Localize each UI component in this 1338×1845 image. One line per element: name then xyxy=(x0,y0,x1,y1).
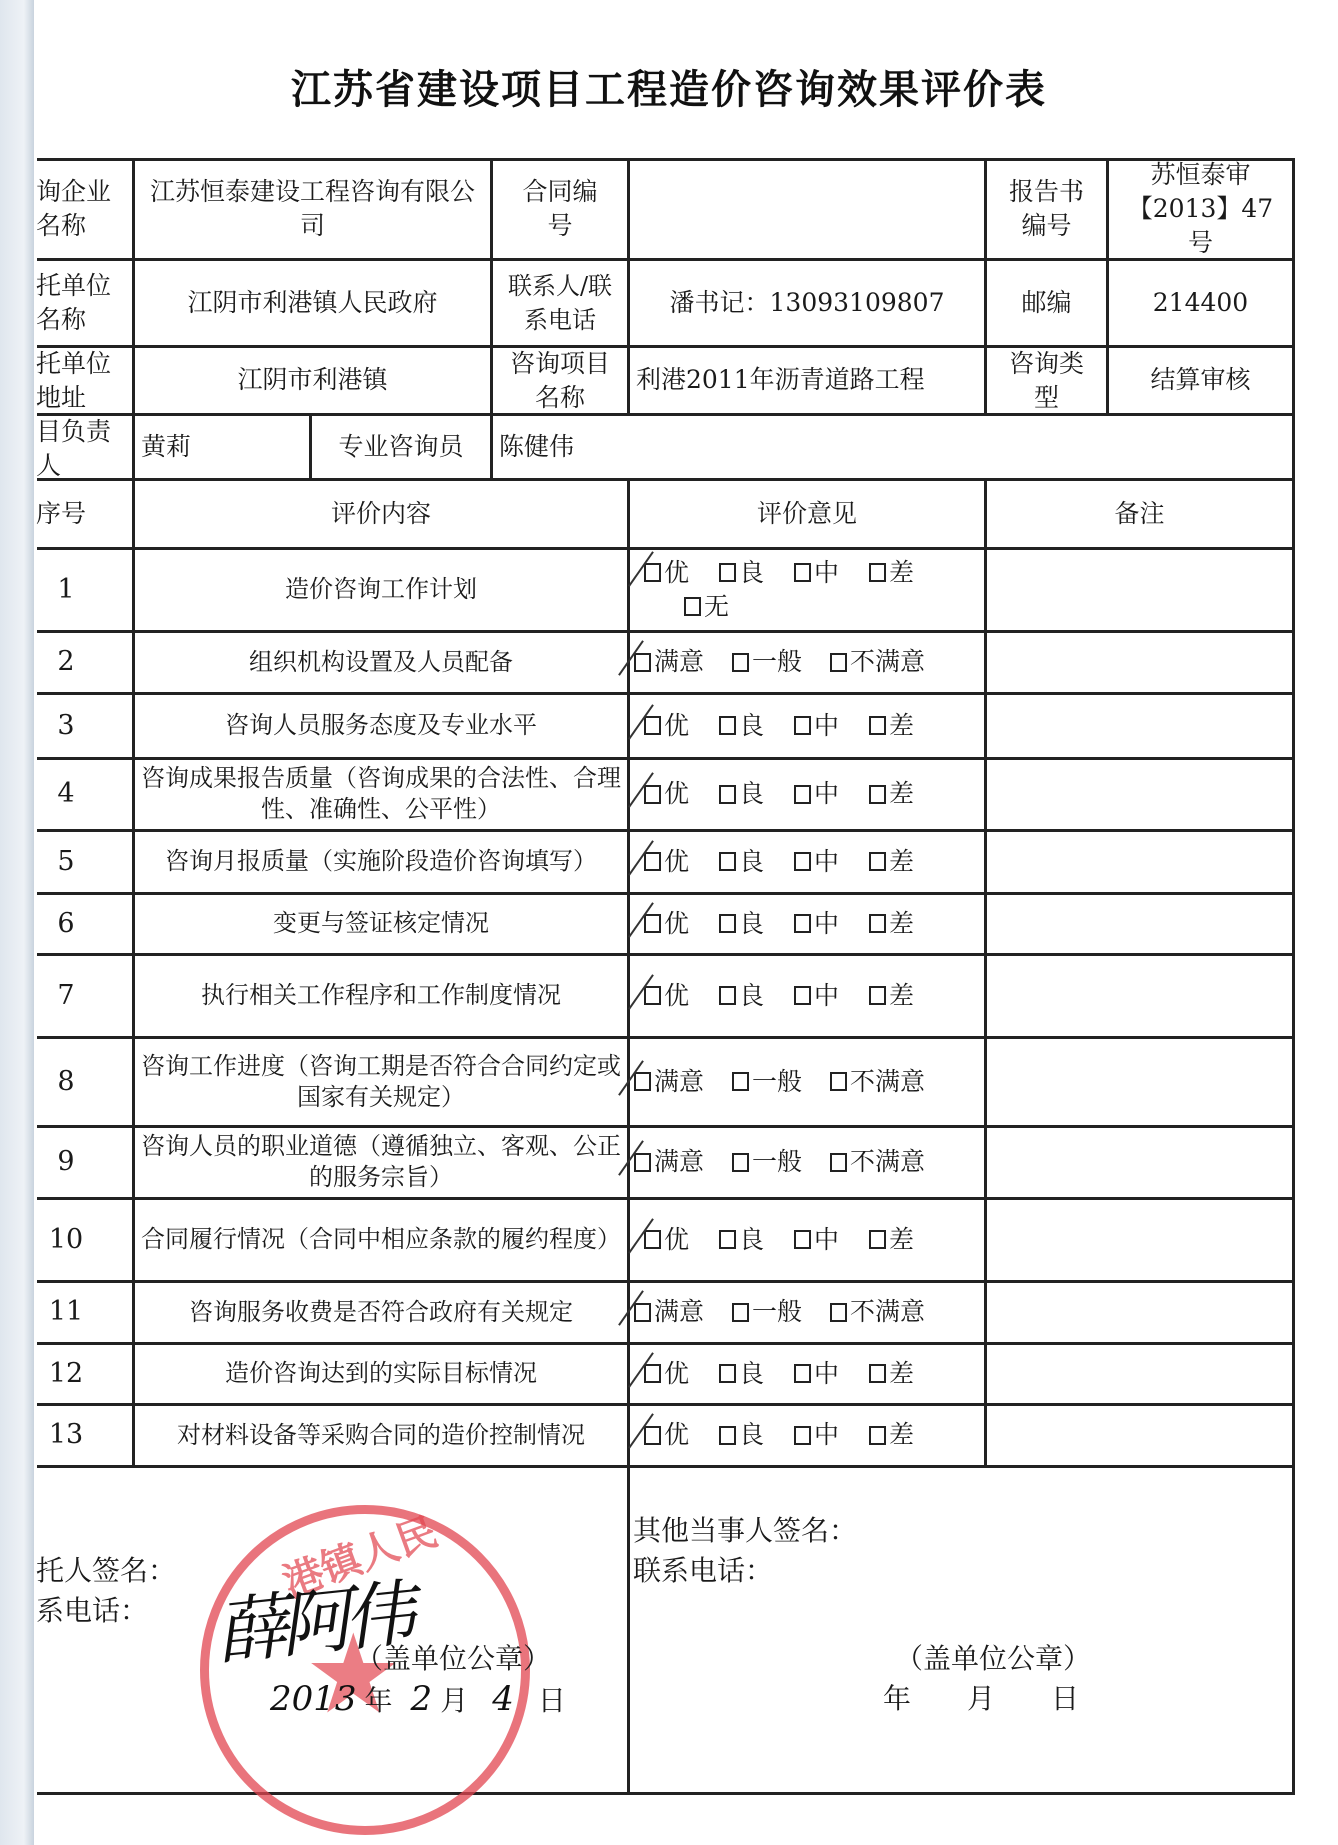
row-number: 13 xyxy=(36,1405,96,1465)
opinion-checkbox-优[interactable]: 优 xyxy=(644,845,689,879)
opinion-checkbox-差[interactable]: 差 xyxy=(869,1418,914,1452)
opinion-checkbox-中[interactable]: 中 xyxy=(794,777,839,811)
date-month: 2 xyxy=(411,1680,433,1718)
opinion-label: 良 xyxy=(739,709,764,743)
opinion-checkbox-中[interactable]: 中 xyxy=(794,556,839,590)
checkbox-icon[interactable] xyxy=(869,1364,886,1383)
eval-remark[interactable] xyxy=(987,894,1292,953)
opinion-checkbox-良[interactable]: 良 xyxy=(719,907,764,941)
opinion-checkbox-中[interactable]: 中 xyxy=(794,979,839,1013)
opinion-checkbox-良[interactable]: 良 xyxy=(719,979,764,1013)
eval-remark[interactable] xyxy=(987,831,1292,892)
opinion-label: 良 xyxy=(739,777,764,811)
label-consultant: 专业咨询员 xyxy=(312,415,490,478)
checkbox-icon[interactable] xyxy=(719,1364,736,1383)
eval-opinion: 优良中差无 xyxy=(630,549,984,630)
table-border-right xyxy=(1292,158,1295,1795)
eval-opinion: 优良中差 xyxy=(630,759,984,829)
eval-opinion: 满意一般不满意 xyxy=(630,1282,984,1342)
checkbox-icon[interactable] xyxy=(794,785,811,804)
opinion-label: 差 xyxy=(889,709,914,743)
opinion-checkbox-无[interactable]: 无 xyxy=(684,590,954,624)
eval-remark[interactable] xyxy=(987,1344,1292,1403)
company-value: 江苏恒泰建设工程咨询有限公司 xyxy=(135,160,490,258)
opinion-checkbox-优[interactable]: 优 xyxy=(644,1418,689,1452)
checkbox-icon[interactable] xyxy=(794,563,811,582)
client-sign-label: 托人签名： xyxy=(36,1552,176,1590)
opinion-label: 中 xyxy=(814,1223,839,1257)
eval-content: 执行相关工作程序和工作制度情况 xyxy=(135,955,627,1036)
opinion-checkbox-不满意[interactable]: 不满意 xyxy=(830,1295,925,1329)
opinion-checkbox-中[interactable]: 中 xyxy=(794,709,839,743)
checkbox-icon[interactable] xyxy=(732,653,749,672)
checkbox-icon[interactable] xyxy=(794,914,811,933)
opinion-checkbox-中[interactable]: 中 xyxy=(794,1357,839,1391)
opinion-label: 良 xyxy=(739,907,764,941)
row-number: 12 xyxy=(36,1344,96,1403)
opinion-checkbox-良[interactable]: 良 xyxy=(719,556,764,590)
checkbox-icon[interactable] xyxy=(644,1230,661,1249)
evaluation-form: 江苏省建设项目工程造价咨询效果评价表 询企业名称 江苏恒泰建设工程咨询有限公司 … xyxy=(0,0,1338,1845)
checkbox-icon[interactable] xyxy=(719,852,736,871)
opinion-label: 差 xyxy=(889,1357,914,1391)
checkbox-icon[interactable] xyxy=(794,852,811,871)
date-year-suffix: 年 xyxy=(365,1682,393,1720)
checkbox-icon[interactable] xyxy=(732,1303,749,1322)
client-seal-note: （盖单位公章） xyxy=(355,1640,551,1678)
contract-no-value xyxy=(630,160,984,258)
checkbox-icon[interactable] xyxy=(732,1153,749,1172)
opinion-label: 不满意 xyxy=(850,645,925,679)
checkbox-icon[interactable] xyxy=(719,1426,736,1445)
checkbox-icon[interactable] xyxy=(644,852,661,871)
opinion-checkbox-良[interactable]: 良 xyxy=(719,845,764,879)
eval-opinion: 优良中差 xyxy=(630,894,984,953)
opinion-checkbox-不满意[interactable]: 不满意 xyxy=(830,645,925,679)
checkbox-icon[interactable] xyxy=(719,716,736,735)
opinion-label: 优 xyxy=(664,1418,689,1452)
type-value: 结算审核 xyxy=(1109,347,1292,413)
opinion-checkbox-中[interactable]: 中 xyxy=(794,845,839,879)
row-divider xyxy=(37,1465,1295,1468)
opinion-label: 良 xyxy=(739,1357,764,1391)
opinion-label: 优 xyxy=(664,1357,689,1391)
checkbox-icon[interactable] xyxy=(719,986,736,1005)
header-no: 序号 xyxy=(36,480,132,547)
checkbox-icon[interactable] xyxy=(794,1230,811,1249)
checkbox-icon[interactable] xyxy=(644,716,661,735)
opinion-label: 优 xyxy=(664,1223,689,1257)
checkbox-icon[interactable] xyxy=(869,852,886,871)
eval-content: 咨询月报质量（实施阶段造价咨询填写） xyxy=(135,831,627,892)
eval-content: 咨询工作进度（咨询工期是否符合合同约定或国家有关规定） xyxy=(135,1038,627,1125)
opinion-label: 差 xyxy=(889,907,914,941)
checkbox-icon[interactable] xyxy=(830,653,847,672)
label-address: 托单位地址 xyxy=(36,347,132,413)
opinion-label: 一般 xyxy=(752,1065,802,1099)
opinion-label: 优 xyxy=(664,845,689,879)
date-year: 2013 xyxy=(270,1680,357,1718)
checkbox-icon[interactable] xyxy=(794,1364,811,1383)
eval-content: 咨询成果报告质量（咨询成果的合法性、合理性、准确性、公平性） xyxy=(135,759,627,829)
eval-remark[interactable] xyxy=(987,1282,1292,1342)
opinion-label: 差 xyxy=(889,979,914,1013)
opinion-checkbox-良[interactable]: 良 xyxy=(719,777,764,811)
eval-remark[interactable] xyxy=(987,1199,1292,1280)
label-postcode: 邮编 xyxy=(987,260,1106,345)
opinion-label: 满意 xyxy=(654,1065,704,1099)
opinion-checkbox-优[interactable]: 优 xyxy=(644,777,689,811)
opinion-label: 不满意 xyxy=(850,1065,925,1099)
opinion-checkbox-差[interactable]: 差 xyxy=(869,556,914,590)
opinion-checkbox-一般[interactable]: 一般 xyxy=(732,1145,802,1179)
checkbox-icon[interactable] xyxy=(794,716,811,735)
label-client: 托单位名称 xyxy=(36,260,132,345)
opinion-label: 不满意 xyxy=(850,1145,925,1179)
checkbox-icon[interactable] xyxy=(644,1364,661,1383)
eval-content: 对材料设备等采购合同的造价控制情况 xyxy=(135,1405,627,1465)
opinion-checkbox-满意[interactable]: 满意 xyxy=(634,1145,704,1179)
opinion-label: 中 xyxy=(814,556,839,590)
opinion-checkbox-差[interactable]: 差 xyxy=(869,1357,914,1391)
eval-opinion: 优良中差 xyxy=(630,1344,984,1403)
opinion-label: 中 xyxy=(814,777,839,811)
opinion-checkbox-一般[interactable]: 一般 xyxy=(732,1065,802,1099)
opinion-checkbox-不满意[interactable]: 不满意 xyxy=(830,1145,925,1179)
checkbox-icon[interactable] xyxy=(794,986,811,1005)
row-number: 1 xyxy=(36,549,96,630)
opinion-checkbox-差[interactable]: 差 xyxy=(869,907,914,941)
opinion-label: 满意 xyxy=(654,1145,704,1179)
row-number: 2 xyxy=(36,632,96,692)
opinion-label: 良 xyxy=(739,1223,764,1257)
eval-opinion: 优良中差 xyxy=(630,955,984,1036)
opinion-checkbox-优[interactable]: 优 xyxy=(644,979,689,1013)
address-value: 江阴市利港镇 xyxy=(135,347,490,413)
opinion-checkbox-良[interactable]: 良 xyxy=(719,1357,764,1391)
checkbox-icon[interactable] xyxy=(869,1230,886,1249)
eval-remark[interactable] xyxy=(987,632,1292,692)
eval-remark[interactable] xyxy=(987,1405,1292,1465)
checkbox-icon[interactable] xyxy=(719,914,736,933)
checkbox-icon[interactable] xyxy=(869,563,886,582)
eval-remark[interactable] xyxy=(987,759,1292,829)
opinion-checkbox-一般[interactable]: 一般 xyxy=(732,645,802,679)
opinion-checkbox-差[interactable]: 差 xyxy=(869,1223,914,1257)
checkbox-icon[interactable] xyxy=(644,1426,661,1445)
checkbox-icon[interactable] xyxy=(869,986,886,1005)
opinion-checkbox-差[interactable]: 差 xyxy=(869,709,914,743)
project-value: 利港2011年沥青道路工程 xyxy=(630,347,984,413)
opinion-checkbox-差[interactable]: 差 xyxy=(869,845,914,879)
opinion-checkbox-一般[interactable]: 一般 xyxy=(732,1295,802,1329)
checkbox-icon[interactable] xyxy=(634,1303,651,1322)
checkbox-icon[interactable] xyxy=(830,1303,847,1322)
row-number: 10 xyxy=(36,1199,96,1280)
checkbox-icon[interactable] xyxy=(794,1426,811,1445)
other-seal-note: （盖单位公章） xyxy=(895,1640,1091,1678)
checkbox-icon[interactable] xyxy=(634,1072,651,1091)
client-date: 2013 年 2 月 4 日 xyxy=(270,1680,566,1720)
opinion-label: 差 xyxy=(889,556,914,590)
checkbox-icon[interactable] xyxy=(719,785,736,804)
lead-value: 黄莉 xyxy=(135,415,309,478)
opinion-label: 优 xyxy=(664,979,689,1013)
checkbox-icon[interactable] xyxy=(644,563,661,582)
checkbox-icon[interactable] xyxy=(869,785,886,804)
header-content: 评价内容 xyxy=(135,480,627,547)
opinion-label: 差 xyxy=(889,1418,914,1452)
eval-opinion: 优良中差 xyxy=(630,831,984,892)
opinion-checkbox-优[interactable]: 优 xyxy=(644,907,689,941)
opinion-checkbox-中[interactable]: 中 xyxy=(794,907,839,941)
table-border-bottom xyxy=(37,1792,1295,1795)
eval-opinion: 满意一般不满意 xyxy=(630,632,984,692)
opinion-label: 中 xyxy=(814,907,839,941)
contact-value: 潘书记：13093109807 xyxy=(630,260,984,345)
row-number: 5 xyxy=(36,831,96,892)
eval-opinion: 满意一般不满意 xyxy=(630,1038,984,1125)
postcode-value: 214400 xyxy=(1109,260,1292,345)
eval-content: 咨询人员服务态度及专业水平 xyxy=(135,694,627,757)
checkbox-icon[interactable] xyxy=(634,653,651,672)
opinion-checkbox-差[interactable]: 差 xyxy=(869,777,914,811)
checkbox-icon[interactable] xyxy=(644,914,661,933)
opinion-label: 中 xyxy=(814,709,839,743)
checkbox-icon[interactable] xyxy=(732,1072,749,1091)
opinion-label: 优 xyxy=(664,907,689,941)
opinion-checkbox-中[interactable]: 中 xyxy=(794,1223,839,1257)
opinion-checkbox-中[interactable]: 中 xyxy=(794,1418,839,1452)
label-contact: 联系人/联系电话 xyxy=(493,260,627,345)
opinion-label: 不满意 xyxy=(850,1295,925,1329)
opinion-checkbox-满意[interactable]: 满意 xyxy=(634,1295,704,1329)
checkbox-icon[interactable] xyxy=(830,1153,847,1172)
checkbox-icon[interactable] xyxy=(644,986,661,1005)
opinion-label: 一般 xyxy=(752,1295,802,1329)
header-opinion: 评价意见 xyxy=(630,480,984,547)
checkbox-icon[interactable] xyxy=(684,597,701,616)
opinion-label: 良 xyxy=(739,1418,764,1452)
eval-remark[interactable] xyxy=(987,694,1292,757)
checkbox-icon[interactable] xyxy=(869,1426,886,1445)
opinion-label: 满意 xyxy=(654,1295,704,1329)
opinion-checkbox-满意[interactable]: 满意 xyxy=(634,1065,704,1099)
opinion-checkbox-优[interactable]: 优 xyxy=(644,709,689,743)
eval-content: 咨询服务收费是否符合政府有关规定 xyxy=(135,1282,627,1342)
checkbox-icon[interactable] xyxy=(830,1072,847,1091)
eval-opinion: 优良中差 xyxy=(630,694,984,757)
checkbox-icon[interactable] xyxy=(869,716,886,735)
opinion-label: 优 xyxy=(664,709,689,743)
opinion-label: 差 xyxy=(889,845,914,879)
label-company: 询企业名称 xyxy=(36,160,132,258)
eval-opinion: 满意一般不满意 xyxy=(630,1127,984,1197)
other-sign-label: 其他当事人签名： xyxy=(633,1512,857,1550)
date-month-suffix: 月 xyxy=(440,1682,468,1720)
other-date: 年 月 日 xyxy=(883,1680,1079,1718)
eval-opinion: 优良中差 xyxy=(630,1199,984,1280)
opinion-label: 良 xyxy=(739,556,764,590)
checkbox-icon[interactable] xyxy=(644,785,661,804)
opinion-label: 一般 xyxy=(752,1145,802,1179)
opinion-label: 良 xyxy=(739,845,764,879)
opinion-checkbox-良[interactable]: 良 xyxy=(719,1223,764,1257)
opinion-label: 中 xyxy=(814,1357,839,1391)
opinion-checkbox-不满意[interactable]: 不满意 xyxy=(830,1065,925,1099)
eval-remark[interactable] xyxy=(987,1127,1292,1197)
opinion-checkbox-良[interactable]: 良 xyxy=(719,1418,764,1452)
client-phone-label: 系电话： xyxy=(36,1592,148,1630)
eval-content: 咨询人员的职业道德（遵循独立、客观、公正的服务宗旨） xyxy=(135,1127,627,1197)
opinion-label: 中 xyxy=(814,979,839,1013)
label-type: 咨询类型 xyxy=(987,347,1106,413)
header-remark: 备注 xyxy=(987,480,1292,547)
eval-content: 造价咨询达到的实际目标情况 xyxy=(135,1344,627,1403)
opinion-label: 中 xyxy=(814,845,839,879)
row-number: 9 xyxy=(36,1127,96,1197)
eval-content: 组织机构设置及人员配备 xyxy=(135,632,627,692)
eval-remark[interactable] xyxy=(987,549,1292,630)
opinion-label: 良 xyxy=(739,979,764,1013)
opinion-checkbox-优[interactable]: 优 xyxy=(644,1357,689,1391)
label-project: 咨询项目名称 xyxy=(493,347,627,413)
opinion-checkbox-优[interactable]: 优 xyxy=(644,556,689,590)
opinion-label: 差 xyxy=(889,1223,914,1257)
opinion-label: 无 xyxy=(704,590,729,624)
row-number: 4 xyxy=(36,759,96,829)
other-phone-label: 联系电话： xyxy=(633,1552,773,1590)
opinion-checkbox-满意[interactable]: 满意 xyxy=(634,645,704,679)
checkbox-icon[interactable] xyxy=(719,563,736,582)
eval-remark[interactable] xyxy=(987,1038,1292,1125)
opinion-label: 一般 xyxy=(752,645,802,679)
checkbox-icon[interactable] xyxy=(634,1153,651,1172)
eval-remark[interactable] xyxy=(987,955,1292,1036)
label-lead: 目负责人 xyxy=(36,415,132,478)
opinion-label: 优 xyxy=(664,777,689,811)
eval-opinion: 优良中差 xyxy=(630,1405,984,1465)
page-title: 江苏省建设项目工程造价咨询效果评价表 xyxy=(0,58,1338,115)
client-value: 江阴市利港镇人民政府 xyxy=(135,260,490,345)
eval-content: 变更与签证核定情况 xyxy=(135,894,627,953)
opinion-checkbox-良[interactable]: 良 xyxy=(719,709,764,743)
label-report-no: 报告书编号 xyxy=(987,160,1106,258)
checkbox-icon[interactable] xyxy=(869,914,886,933)
checkbox-icon[interactable] xyxy=(719,1230,736,1249)
opinion-label: 满意 xyxy=(654,645,704,679)
date-day-suffix: 日 xyxy=(538,1682,566,1720)
date-day: 4 xyxy=(492,1680,514,1718)
eval-content: 造价咨询工作计划 xyxy=(135,549,627,630)
opinion-label: 中 xyxy=(814,1418,839,1452)
opinion-label: 差 xyxy=(889,777,914,811)
opinion-label: 优 xyxy=(664,556,689,590)
opinion-checkbox-差[interactable]: 差 xyxy=(869,979,914,1013)
row-number: 8 xyxy=(36,1038,96,1125)
label-contract-no: 合同编号 xyxy=(493,160,627,258)
row-number: 11 xyxy=(36,1282,96,1342)
row-number: 7 xyxy=(36,955,96,1036)
consultant-value: 陈健伟 xyxy=(493,415,1292,478)
report-no-value: 苏恒泰审【2013】47号 xyxy=(1109,160,1292,258)
row-number: 6 xyxy=(36,894,96,953)
row-number: 3 xyxy=(36,694,96,757)
eval-content: 合同履行情况（合同中相应条款的履约程度） xyxy=(135,1199,627,1280)
opinion-checkbox-优[interactable]: 优 xyxy=(644,1223,689,1257)
